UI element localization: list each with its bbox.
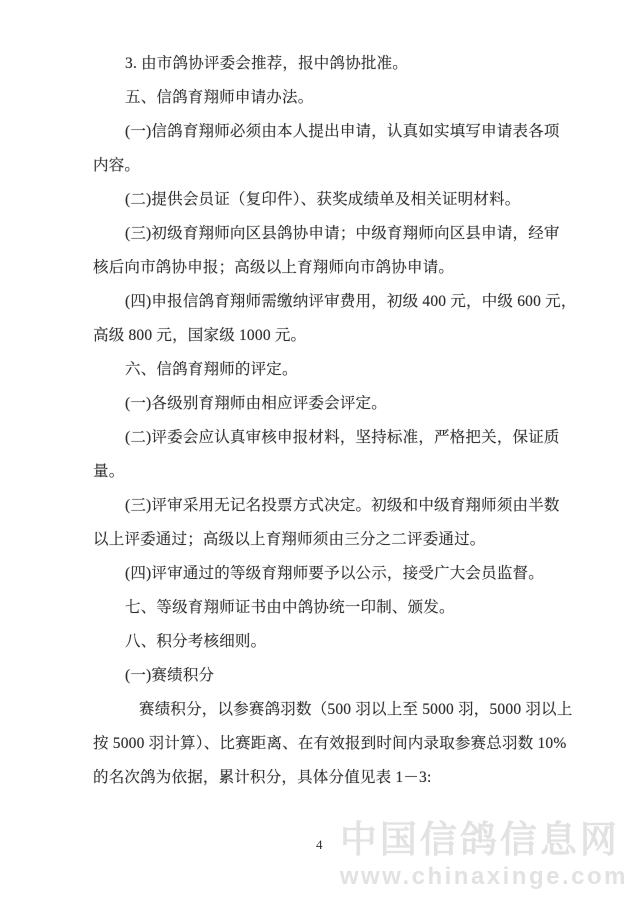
text-line: 3. 由市鸽协评委会推荐，报中鸽协批准。 <box>93 47 565 81</box>
text-line: 赛绩积分，以参赛鸽羽数（500 羽以上至 5000 羽，5000 羽以上 <box>93 693 565 727</box>
text-line: (四)申报信鸽育翔师需缴纳评审费用，初级 400 元，中级 600 元， <box>93 285 565 319</box>
text-line: 五、信鸽育翔师申请办法。 <box>93 81 565 115</box>
watermark-site-url: www.chinaxinge.com <box>340 863 628 891</box>
watermark-site-name: 中国信鸽信息网 <box>340 818 628 862</box>
text-line: (一)各级别育翔师由相应评委会评定。 <box>93 387 565 421</box>
text-line: 七、等级育翔师证书由中鸽协统一印制、颁发。 <box>93 591 565 625</box>
text-line: (一)信鸽育翔师必须由本人提出申请，认真如实填写申请表各项 <box>93 115 565 149</box>
text-line: 以上评委通过；高级以上育翔师须由三分之二评委通过。 <box>93 523 565 557</box>
text-line: 六、信鸽育翔师的评定。 <box>93 353 565 387</box>
text-line: 按 5000 羽计算）、比赛距离、在有效报到时间内录取参赛总羽数 10% <box>93 727 565 761</box>
page-number: 4 <box>316 837 323 853</box>
text-line: 高级 800 元，国家级 1000 元。 <box>93 319 565 353</box>
text-line: 八、积分考核细则。 <box>93 625 565 659</box>
document-body: 3. 由市鸽协评委会推荐，报中鸽协批准。五、信鸽育翔师申请办法。(一)信鸽育翔师… <box>93 47 565 795</box>
text-line: (三)初级育翔师向区县鸽协申请；中级育翔师向区县申请，经审 <box>93 217 565 251</box>
text-line: 量。 <box>93 455 565 489</box>
watermark: 中国信鸽信息网 www.chinaxinge.com <box>340 818 628 891</box>
text-line: 内容。 <box>93 149 565 183</box>
text-line: (三)评审采用无记名投票方式决定。初级和中级育翔师须由半数 <box>93 489 565 523</box>
text-line: (一)赛绩积分 <box>93 659 565 693</box>
text-line: 的名次鸽为依据，累计积分，具体分值见表 1－3: <box>93 761 565 795</box>
text-line: (二)提供会员证（复印件）、获奖成绩单及相关证明材料。 <box>93 183 565 217</box>
text-line: (四)评审通过的等级育翔师要予以公示，接受广大会员监督。 <box>93 557 565 591</box>
text-line: 核后向市鸽协申报；高级以上育翔师向市鸽协申请。 <box>93 251 565 285</box>
text-line: (二)评委会应认真审核申报材料，坚持标准，严格把关，保证质 <box>93 421 565 455</box>
document-page: 3. 由市鸽协评委会推荐，报中鸽协批准。五、信鸽育翔师申请办法。(一)信鸽育翔师… <box>0 0 633 900</box>
